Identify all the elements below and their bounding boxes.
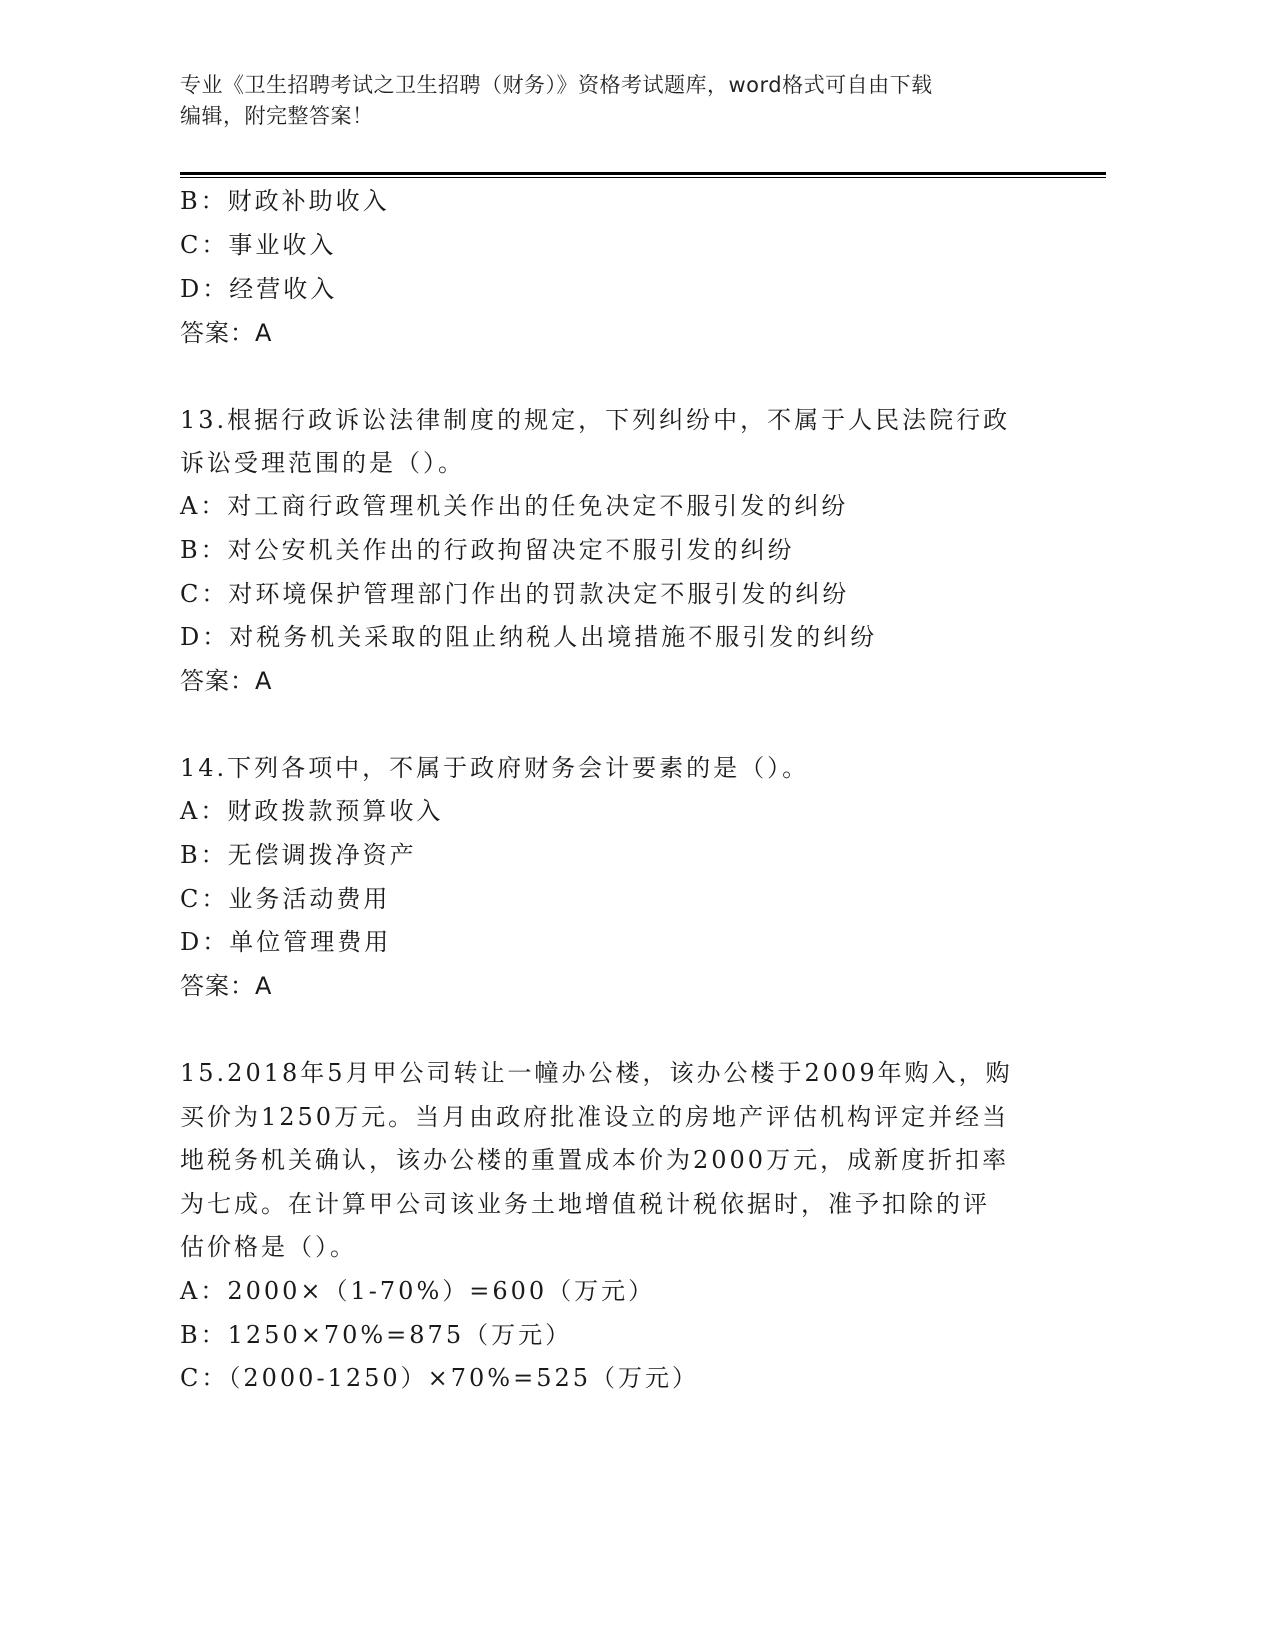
option-label: B： [180, 187, 228, 215]
option-text: 财政补助收入 [228, 187, 390, 215]
option-text: 业务活动费用 [228, 885, 390, 913]
option-label: B： [180, 841, 228, 869]
option-text: 无偿调拨净资产 [228, 841, 417, 869]
option-label: B： [180, 1321, 228, 1349]
option-label: B： [180, 536, 228, 564]
option-label: A： [180, 492, 227, 520]
option-label: A： [180, 797, 227, 825]
document-page: 专业《卫生招聘考试之卫生招聘（财务）》资格考试题库，word格式可自由下载 编辑… [0, 0, 1275, 1650]
q13-option-d: D：对税务机关采取的阻止纳税人出境措施不服引发的纠纷 [180, 622, 877, 652]
q13-option-c: C：对环境保护管理部门作出的罚款决定不服引发的纠纷 [180, 579, 849, 609]
q13-answer: 答案：A [180, 666, 272, 696]
option-label: C： [180, 885, 228, 913]
option-label: D： [180, 928, 229, 956]
option-text: 单位管理费用 [229, 928, 391, 956]
q15-option-b: B：1250×70%=875（万元） [180, 1320, 572, 1350]
header-line-1: 专业《卫生招聘考试之卫生招聘（财务）》资格考试题库，word格式可自由下载 [180, 70, 1060, 101]
option-label: A： [180, 1277, 227, 1305]
q14-option-b: B：无偿调拨净资产 [180, 840, 417, 870]
q12-answer: 答案：A [180, 318, 272, 348]
q15-stem-line-1: 15.2018年5月甲公司转让一幢办公楼，该办公楼于2009年购入，购 [180, 1058, 1013, 1088]
q15-stem-line-4: 为七成。在计算甲公司该业务土地增值税计税依据时，准予扣除的评 [180, 1189, 990, 1219]
q12-option-c: C：事业收入 [180, 230, 336, 260]
option-label: C： [180, 580, 228, 608]
option-text: 对环境保护管理部门作出的罚款决定不服引发的纠纷 [228, 580, 849, 608]
option-text: 经营收入 [229, 275, 337, 303]
option-text: 1250×70%=875（万元） [228, 1321, 572, 1349]
q13-stem-line-1: 13.根据行政诉讼法律制度的规定，下列纠纷中，不属于人民法院行政 [180, 405, 1010, 435]
q13-stem-line-2: 诉讼受理范围的是（）。 [180, 448, 465, 478]
option-text: 事业收入 [228, 231, 336, 259]
option-label: C： [180, 1364, 228, 1392]
q14-option-a: A：财政拨款预算收入 [180, 796, 443, 826]
option-label: C： [180, 231, 228, 259]
header-rule-thick [180, 172, 1106, 175]
option-text: 对工商行政管理机关作出的任免决定不服引发的纠纷 [227, 492, 848, 520]
option-label: D： [180, 623, 229, 651]
q13-option-a: A：对工商行政管理机关作出的任免决定不服引发的纠纷 [180, 491, 848, 521]
q15-option-a: A：2000×（1-70%）=600（万元） [180, 1276, 655, 1306]
option-text: 对公安机关作出的行政拘留决定不服引发的纠纷 [228, 536, 795, 564]
option-text: 对税务机关采取的阻止纳税人出境措施不服引发的纠纷 [229, 623, 877, 651]
q15-stem-line-5: 估价格是（）。 [180, 1232, 357, 1262]
option-label: D： [180, 275, 229, 303]
header-rule-thin [180, 177, 1106, 178]
q14-stem-line-1: 14.下列各项中，不属于政府财务会计要素的是（）。 [180, 753, 809, 783]
q14-answer: 答案：A [180, 971, 272, 1001]
option-text: （2000-1250）×70%=525（万元） [228, 1364, 699, 1392]
document-header: 专业《卫生招聘考试之卫生招聘（财务）》资格考试题库，word格式可自由下载 编辑… [180, 70, 1060, 132]
q15-stem-line-3: 地税务机关确认，该办公楼的重置成本价为2000万元，成新度折扣率 [180, 1145, 1009, 1175]
q12-option-b: B：财政补助收入 [180, 186, 390, 216]
q13-option-b: B：对公安机关作出的行政拘留决定不服引发的纠纷 [180, 535, 795, 565]
header-line-2: 编辑，附完整答案！ [180, 101, 1060, 132]
option-text: 2000×（1-70%）=600（万元） [227, 1277, 655, 1305]
q14-option-c: C：业务活动费用 [180, 884, 390, 914]
q12-option-d: D：经营收入 [180, 274, 337, 304]
q15-option-c: C：（2000-1250）×70%=525（万元） [180, 1363, 699, 1393]
q14-option-d: D：单位管理费用 [180, 927, 391, 957]
q15-stem-line-2: 买价为1250万元。当月由政府批准设立的房地产评估机构评定并经当 [180, 1102, 1009, 1132]
option-text: 财政拨款预算收入 [227, 797, 443, 825]
